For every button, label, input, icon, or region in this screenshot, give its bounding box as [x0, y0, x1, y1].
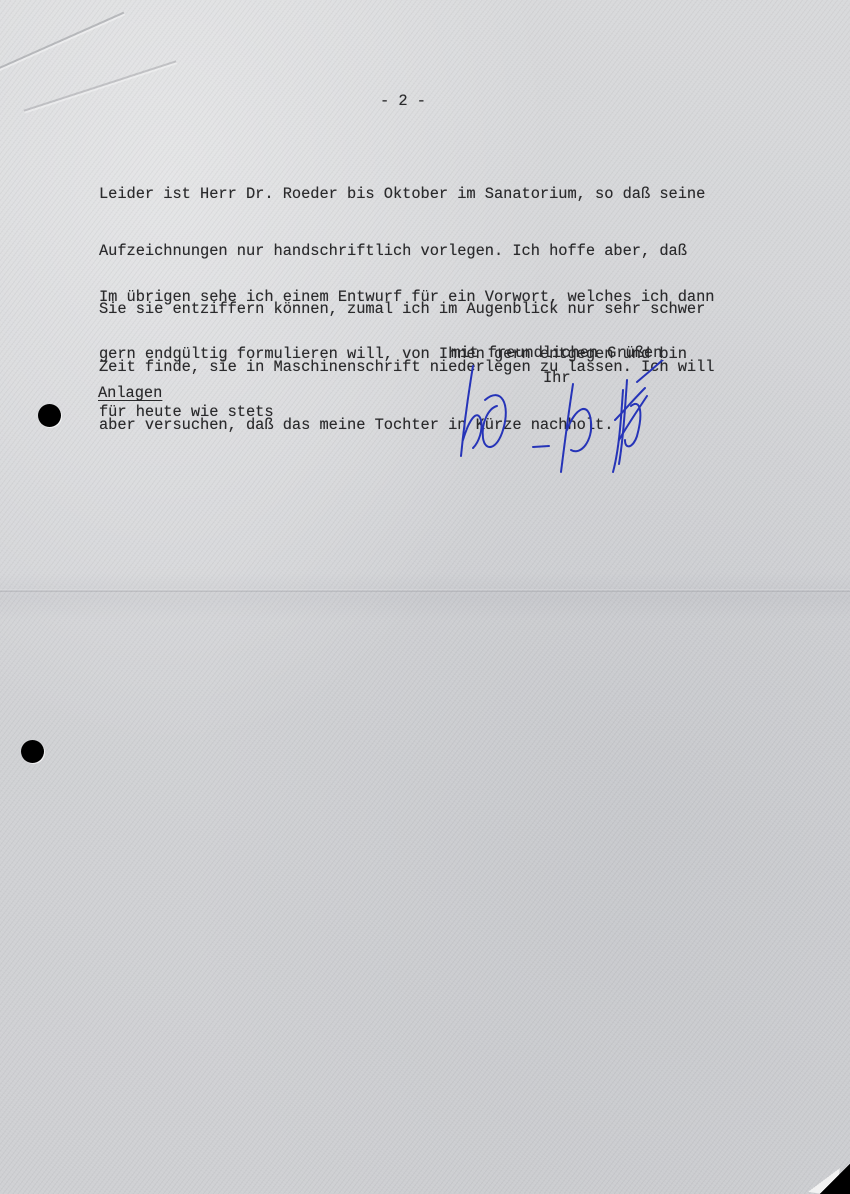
page-corner-shadow: [820, 1164, 850, 1194]
punch-hole-upper: [38, 404, 61, 427]
text-line: Leider ist Herr Dr. Roeder bis Oktober i…: [99, 185, 714, 204]
page-number: - 2 -: [380, 92, 426, 111]
paper-crease: [24, 60, 177, 111]
text-line: Im übrigen sehe ich einem Entwurf für ei…: [99, 288, 714, 307]
handwritten-signature: [455, 360, 685, 480]
punch-hole-lower: [21, 740, 44, 763]
paper-fold-line: [0, 589, 850, 592]
letter-page: - 2 - Leider ist Herr Dr. Roeder bis Okt…: [0, 0, 850, 1194]
enclosures-label: Anlagen: [98, 384, 162, 403]
paper-crease: [0, 12, 124, 71]
